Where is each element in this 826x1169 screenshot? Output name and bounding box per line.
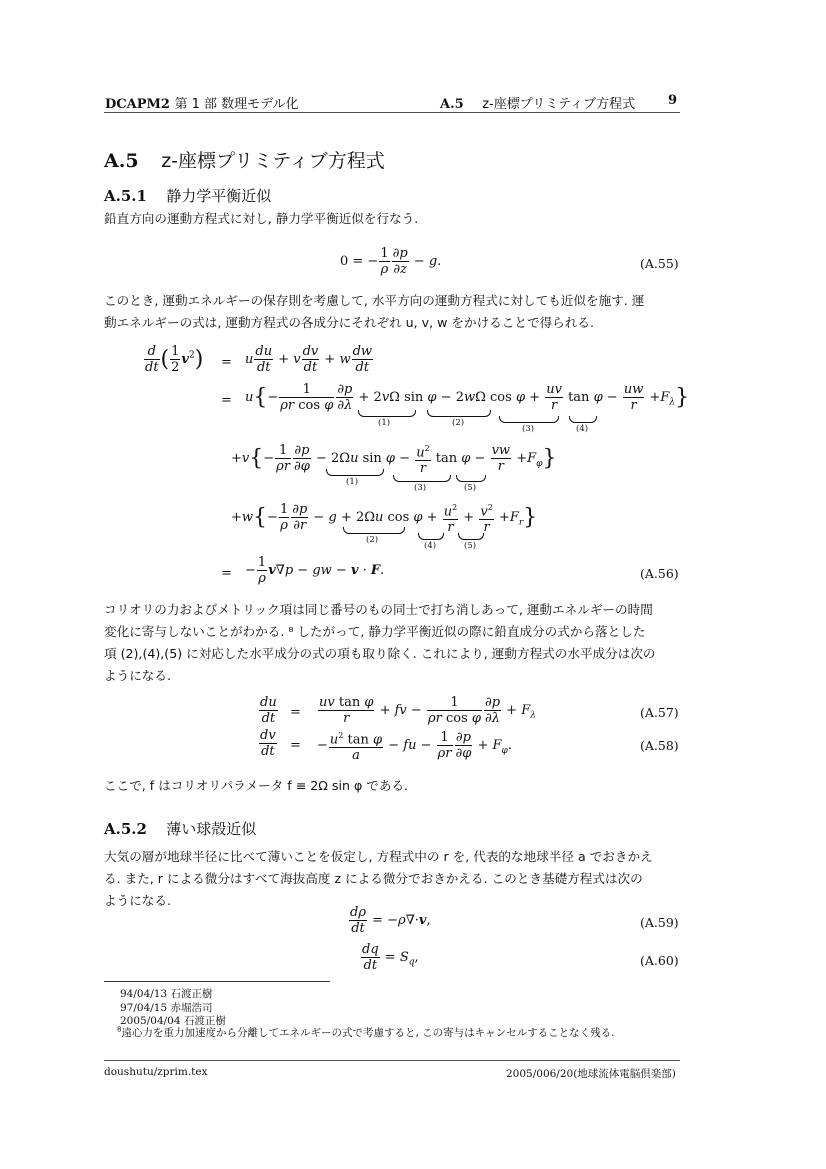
equation-a55: 0 = −1ρ∂p∂z − g. — [340, 246, 441, 277]
brace-label: (4) — [424, 541, 436, 551]
underbrace-2 — [427, 410, 491, 417]
subsection-number: A.5.2 — [104, 820, 147, 838]
subsection-title-1: A.5.1 静力学平衡近似 — [104, 185, 271, 206]
running-header-right: A.5 z-座標プリミティブ方程式 — [440, 93, 635, 112]
underbrace-3 — [499, 416, 559, 423]
paragraph: 動エネルギーの式は, 運動方程式の各成分にそれぞれ u, v, w をかけること… — [104, 312, 594, 334]
header-part-title: 第 1 部 数理モデル化 — [174, 97, 298, 112]
history-entry-text: 94/04/13 石渡正樹 — [120, 988, 213, 1000]
underbrace-5 — [458, 533, 484, 540]
paragraph: 変化に寄与しないことがわかる. ⁸ したがって, 静力学平衡近似の際に鉛直成分の… — [104, 621, 645, 643]
equation-a56-rhs5: −1ρv∇p − gw − v · F. — [245, 555, 384, 586]
equation-number: (A.55) — [640, 256, 679, 271]
equation-a56-rhs1: ududt + vdvdt + wdwdt — [245, 344, 374, 375]
brace-label: (2) — [366, 535, 378, 545]
footer-date-org: 2005/006/20(地球流体電脳倶楽部) — [506, 1066, 676, 1081]
equals-sign: = — [221, 393, 232, 408]
subsection-title-text: 静力学平衡近似 — [166, 187, 271, 205]
footer-rule — [104, 1060, 680, 1061]
paragraph: ようになる. — [104, 665, 171, 687]
subsection-number: A.5.1 — [104, 187, 147, 205]
footnote-8: 8遠心力を重力加速度から分離してエネルギーの式で考慮すると, この寄与はキャンセ… — [117, 1025, 614, 1040]
running-header-left: DCAPM2 第 1 部 数理モデル化 — [105, 93, 298, 112]
equation-number: (A.57) — [640, 705, 679, 720]
subsection-title-2: A.5.2 薄い球殻近似 — [104, 818, 256, 839]
brace-label: (1) — [378, 418, 390, 428]
paragraph: 項 (2),(4),(5) に対応した水平成分の式の項も取り除く. これにより,… — [104, 643, 656, 665]
footnote-text: 遠心力を重力加速度から分離してエネルギーの式で考慮すると, この寄与はキャンセル… — [121, 1027, 614, 1039]
header-rule — [104, 112, 680, 113]
underbrace-5 — [456, 475, 486, 482]
equation-a57-rhs: uv tan φr + fv − 1ρr cos φ∂p∂λ + Fλ — [317, 695, 536, 726]
paragraph: 大気の層が地球半径に比べて薄いことを仮定し, 方程式中の r を, 代表的な地球… — [104, 846, 653, 868]
equation-a57-lhs: dudt — [258, 695, 279, 726]
page-number: 9 — [668, 93, 677, 108]
paragraph: ここで, f はコリオリパラメータ f ≡ 2Ω sin φ である. — [104, 775, 408, 797]
equation-number: (A.58) — [640, 738, 679, 753]
underbrace-3 — [393, 475, 451, 482]
equation-number: (A.60) — [640, 953, 679, 968]
brace-label: (3) — [522, 424, 534, 434]
footer-filename: doushutu/zprim.tex — [104, 1066, 208, 1078]
brace-label: (4) — [576, 424, 588, 434]
equation-a58-lhs: dvdt — [258, 728, 278, 759]
equals-sign: = — [290, 705, 301, 720]
brace-label: (1) — [346, 477, 358, 487]
header-section-title: z-座標プリミティブ方程式 — [482, 97, 635, 112]
subsection-title-text: 薄い球殻近似 — [166, 820, 256, 838]
equation-a60: dqdt = Sq, — [360, 942, 419, 973]
underbrace-4 — [569, 416, 597, 423]
equation-a58-rhs: −u2 tan φa − fu − 1ρr∂p∂φ + Fφ. — [317, 728, 512, 763]
brace-label: (3) — [414, 483, 426, 493]
paragraph: コリオリの力およびメトリック項は同じ番号のもの同士で打ち消しあって, 運動エネル… — [104, 599, 653, 621]
brace-label: (5) — [464, 483, 476, 493]
underbrace-1 — [358, 410, 416, 417]
underbrace-4 — [418, 533, 444, 540]
equation-a56-rhs3: +v{−1ρr∂p∂φ − 2Ωu sin φ − u2r tan φ − vw… — [231, 441, 556, 476]
equation-a56-line1: ddt(12v2) — [143, 344, 203, 375]
section-title: A.5 z-座標プリミティブ方程式 — [104, 146, 385, 173]
section-number: A.5 — [104, 150, 139, 172]
header-doc-id: DCAPM2 — [105, 97, 170, 112]
brace-label: (5) — [464, 541, 476, 551]
paragraph: ようになる. — [104, 890, 171, 912]
section-title-text: z-座標プリミティブ方程式 — [161, 150, 385, 172]
underbrace-2 — [343, 527, 405, 534]
paragraph: る. また, r による微分はすべて海抜高度 z による微分でおきかえる. この… — [104, 868, 643, 890]
equation-a59: dρdt = −ρ∇·v, — [348, 905, 431, 936]
footnote-rule — [104, 981, 330, 982]
paragraph: このとき, 運動エネルギーの保存則を考慮して, 水平方向の運動方程式に対しても近… — [104, 290, 644, 312]
brace-label: (2) — [452, 418, 464, 428]
header-section-number: A.5 — [440, 97, 464, 112]
paragraph: 鉛直方向の運動方程式に対し, 静力学平衡近似を行なう. — [104, 208, 418, 230]
equals-sign: = — [221, 355, 232, 370]
underbrace-1 — [326, 469, 384, 476]
equals-sign: = — [221, 566, 232, 581]
equation-number: (A.56) — [640, 566, 679, 581]
equals-sign: = — [290, 738, 301, 753]
equation-a56-rhs2: u{−1ρr cos φ∂p∂λ + 2vΩ sin φ − 2wΩ cos φ… — [245, 382, 689, 413]
equation-number: (A.59) — [640, 915, 679, 930]
history-entry: 94/04/13 石渡正樹 — [120, 986, 213, 1001]
